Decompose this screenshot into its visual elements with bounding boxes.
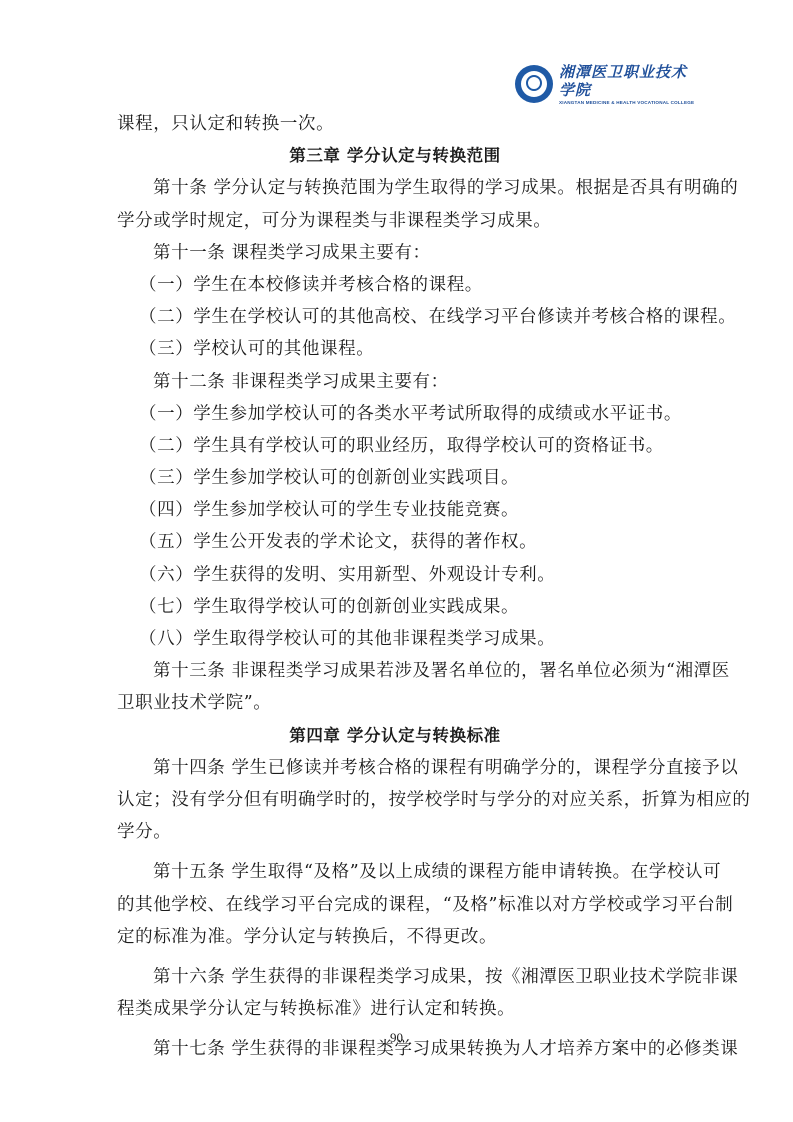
article-12-item-5: （五）学生公开发表的学术论文，获得的著作权。 xyxy=(117,526,673,558)
paragraph-continuation: 课程，只认定和转换一次。 xyxy=(117,108,673,140)
page-number: 90 xyxy=(0,1030,793,1046)
article-12-item-7: （七）学生取得学校认可的创新创业实践成果。 xyxy=(117,591,673,623)
article-13-line-1: 第十三条 非课程类学习成果若涉及署名单位的，署名单位必须为“湘潭医 xyxy=(117,655,673,687)
article-14-line-3: 学分。 xyxy=(117,816,673,848)
article-12-title: 第十二条 非课程类学习成果主要有： xyxy=(117,366,673,398)
article-13-line-2: 卫职业技术学院”。 xyxy=(117,687,673,719)
article-16-line-1: 第十六条 学生获得的非课程类学习成果，按《湘潭医卫职业技术学院非课 xyxy=(117,961,673,993)
chapter-4-heading: 第四章 学分认定与转换标准 xyxy=(117,720,673,752)
article-11-title: 第十一条 课程类学习成果主要有： xyxy=(117,237,673,269)
article-14-line-2: 认定；没有学分但有明确学时的，按学校学时与学分的对应关系，折算为相应的 xyxy=(117,784,673,816)
article-14-line-1: 第十四条 学生已修读并考核合格的课程有明确学分的，课程学分直接予以 xyxy=(117,752,673,784)
logo-chinese-name: 湘潭医卫职业技术学院 xyxy=(559,63,695,99)
article-10-line-1: 第十条 学分认定与转换范围为学生取得的学习成果。根据是否具有明确的 xyxy=(117,172,673,204)
article-11-item-2: （二）学生在学校认可的其他高校、在线学习平台修读并考核合格的课程。 xyxy=(117,301,673,333)
logo-english-name: XIANGTAN MEDICINE & HEALTH VOCATIONAL CO… xyxy=(559,99,695,106)
article-11-item-1: （一）学生在本校修读并考核合格的课程。 xyxy=(117,269,673,301)
article-15-line-2: 的其他学校、在线学习平台完成的课程，“及格”标准以对方学校或学习平台制 xyxy=(117,889,673,921)
article-11-item-3: （三）学校认可的其他课程。 xyxy=(117,333,673,365)
college-logo: 湘潭医卫职业技术学院 XIANGTAN MEDICINE & HEALTH VO… xyxy=(515,62,695,106)
article-15-line-1: 第十五条 学生取得“及格”及以上成绩的课程方能申请转换。在学校认可 xyxy=(117,856,673,888)
college-emblem-icon xyxy=(515,65,553,103)
article-15-line-3: 定的标准为准。学分认定与转换后，不得更改。 xyxy=(117,921,673,953)
article-12-item-2: （二）学生具有学校认可的职业经历，取得学校认可的资格证书。 xyxy=(117,430,673,462)
article-16-line-2: 程类成果学分认定与转换标准》进行认定和转换。 xyxy=(117,993,673,1025)
article-12-item-6: （六）学生获得的发明、实用新型、外观设计专利。 xyxy=(117,559,673,591)
article-12-item-1: （一）学生参加学校认可的各类水平考试所取得的成绩或水平证书。 xyxy=(117,398,673,430)
chapter-3-heading: 第三章 学分认定与转换范围 xyxy=(117,140,673,172)
document-body: 课程，只认定和转换一次。 第三章 学分认定与转换范围 第十条 学分认定与转换范围… xyxy=(117,108,673,1065)
logo-text: 湘潭医卫职业技术学院 XIANGTAN MEDICINE & HEALTH VO… xyxy=(559,63,695,106)
article-12-item-8: （八）学生取得学校认可的其他非课程类学习成果。 xyxy=(117,623,673,655)
article-12-item-3: （三）学生参加学校认可的创新创业实践项目。 xyxy=(117,462,673,494)
article-12-item-4: （四）学生参加学校认可的学生专业技能竞赛。 xyxy=(117,494,673,526)
article-10-line-2: 学分或学时规定，可分为课程类与非课程类学习成果。 xyxy=(117,205,673,237)
